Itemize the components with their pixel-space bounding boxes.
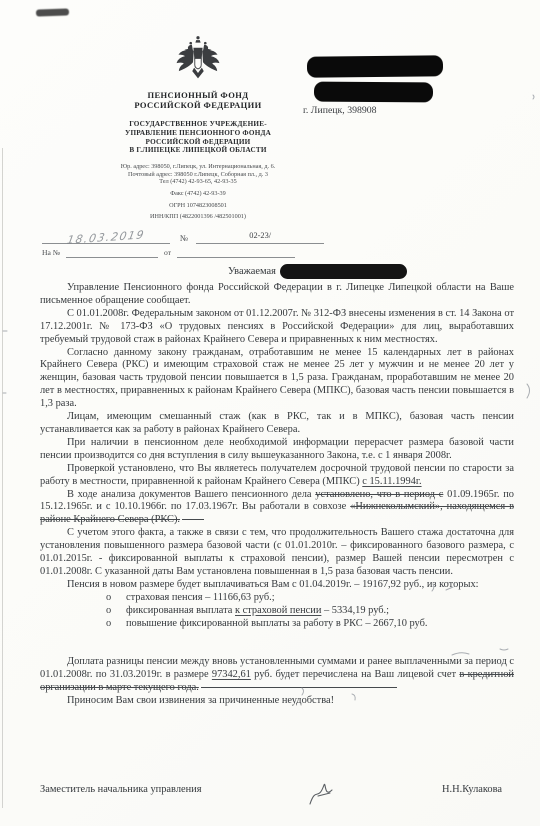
- pension-component: страховая пенсия – 11166,63 руб.;: [126, 592, 275, 603]
- paragraph-recalculation: При наличии в пенсионном деле необходимо…: [40, 437, 514, 463]
- letter-body: Уважаемая Управление Пенсионного фонда Р…: [40, 264, 514, 708]
- bullet-marker: o: [106, 592, 126, 605]
- letterhead: ПЕНСИОННЫЙ ФОНД РОССИЙСКОЙ ФЕДЕРАЦИИ ГОС…: [58, 34, 338, 221]
- org-subname-line: ГОСУДАРСТВЕННОЕ УЧРЕЖДЕНИЕ-: [58, 120, 338, 129]
- outgoing-number-field: 02-23/: [196, 231, 324, 244]
- paragraph-new-size: Пенсия в новом размере будет выплачивать…: [40, 579, 514, 592]
- list-item: oфиксированная выплата к страховой пенси…: [106, 605, 514, 618]
- paragraph-apology: Приносим Вам свои извинения за причиненн…: [40, 695, 514, 708]
- surcharge-text: руб. будет перечислена на Ваш лицевой сч…: [251, 669, 459, 680]
- number-label: №: [180, 233, 188, 243]
- list-item: oповышение фиксированной выплаты за рабо…: [106, 618, 514, 631]
- verification-text: Проверкой установлено, что Вы являетесь …: [40, 463, 514, 487]
- pension-component: повышение фиксированной выплаты за работ…: [126, 618, 428, 629]
- salutation-text: Уважаемая: [228, 266, 276, 277]
- pension-component: фиксированная выплата: [126, 605, 235, 616]
- signature-row: Заместитель начальника управления Н.Н.Ку…: [40, 784, 514, 808]
- underlined-amount: 97342,61: [212, 669, 251, 680]
- spacer: [40, 630, 514, 656]
- outgoing-number: 02-23/: [249, 231, 271, 240]
- pension-component: – 5334,19 руб.;: [321, 605, 389, 616]
- phone: Тел (4742) 42-93-65, 42-93-35: [58, 178, 338, 186]
- paragraph-law: С 01.01.2008г. Федеральным законом от 01…: [40, 308, 514, 347]
- org-name-line: РОССИЙСКОЙ ФЕДЕРАЦИИ: [58, 100, 338, 110]
- paragraph-analysis: В ходе анализа документов Вашего пенсион…: [40, 489, 514, 528]
- bullet-marker: o: [106, 618, 126, 631]
- outgoing-date-field: 18.03.2019: [42, 231, 170, 244]
- recipient-city: г. Липецк, 398908: [303, 105, 377, 116]
- paragraph-surcharge: Доплата разницы пенсии между вновь устан…: [40, 656, 514, 695]
- underlined-phrase: к страховой пенсии: [235, 605, 321, 616]
- signer-name: Н.Н.Кулакова: [442, 784, 502, 795]
- struck-text: установлено, что в период с: [315, 489, 443, 500]
- incoming-number-label: На №: [42, 248, 60, 257]
- org-name-line: ПЕНСИОННЫЙ ФОНД: [58, 90, 338, 100]
- signer-position: Заместитель начальника управления: [40, 784, 270, 795]
- paragraph-fact: С учетом этого факта, а также в связи с …: [40, 527, 514, 579]
- ogrn: ОГРН 1074823008501: [58, 202, 338, 210]
- org-address-block: Юр. адрес: 398050, г.Липецк, ул. Интерна…: [58, 163, 338, 221]
- scanned-pension-fund-letter: ПЕНСИОННЫЙ ФОНД РОССИЙСКОЙ ФЕДЕРАЦИИ ГОС…: [0, 0, 540, 826]
- paragraph-rule: Согласно данному закону гражданам, отраб…: [40, 347, 514, 412]
- org-subname-line: В Г.ЛИПЕЦКЕ ЛИПЕЦКОЙ ОБЛАСТИ: [58, 146, 338, 155]
- redaction-bar: [307, 55, 443, 77]
- scan-smudge-artifact: [36, 8, 69, 16]
- pen-strike-extension: [180, 516, 204, 524]
- reference-line: 18.03.2019 № 02-23/ На № от: [42, 226, 352, 258]
- list-item: oстраховая пенсия – 11166,63 руб.;: [106, 592, 514, 605]
- redaction-bar: [314, 82, 433, 103]
- paragraph-intro: Управление Пенсионного фонда Российской …: [40, 282, 514, 308]
- underlined-date: с 15.11.1994г.: [362, 476, 421, 487]
- russia-coat-of-arms-icon: [175, 34, 221, 86]
- fax: Факс (4742) 42-93-39: [58, 190, 338, 198]
- legal-address: Юр. адрес: 398050, г.Липецк, ул. Интерна…: [58, 163, 338, 171]
- paragraph-mixed-service: Лицам, имеющим смешанный стаж (как в РКС…: [40, 411, 514, 437]
- analysis-text: В ходе анализа документов Вашего пенсион…: [67, 489, 315, 500]
- postal-address: Почтовый адрес: 398050 г.Липецк, Соборна…: [58, 171, 338, 179]
- pension-components-list: oстраховая пенсия – 11166,63 руб.; oфикс…: [40, 592, 514, 631]
- bullet-marker: o: [106, 605, 126, 618]
- scan-edge-line: [2, 148, 3, 808]
- incoming-number-field: [66, 245, 158, 258]
- incoming-date-field: [177, 245, 295, 258]
- redacted-recipient-name: [280, 264, 407, 279]
- inn-kpp: ИНН/КПП (4822001396 /482501001): [58, 213, 338, 221]
- pen-strike-extension: [199, 684, 397, 692]
- paragraph-verification: Проверкой установлено, что Вы являетесь …: [40, 463, 514, 489]
- signature-scribble: [304, 782, 344, 808]
- org-subname-line: УПРАВЛЕНИЕ ПЕНСИОННОГО ФОНДА: [58, 129, 338, 138]
- from-date-label: от: [164, 248, 171, 257]
